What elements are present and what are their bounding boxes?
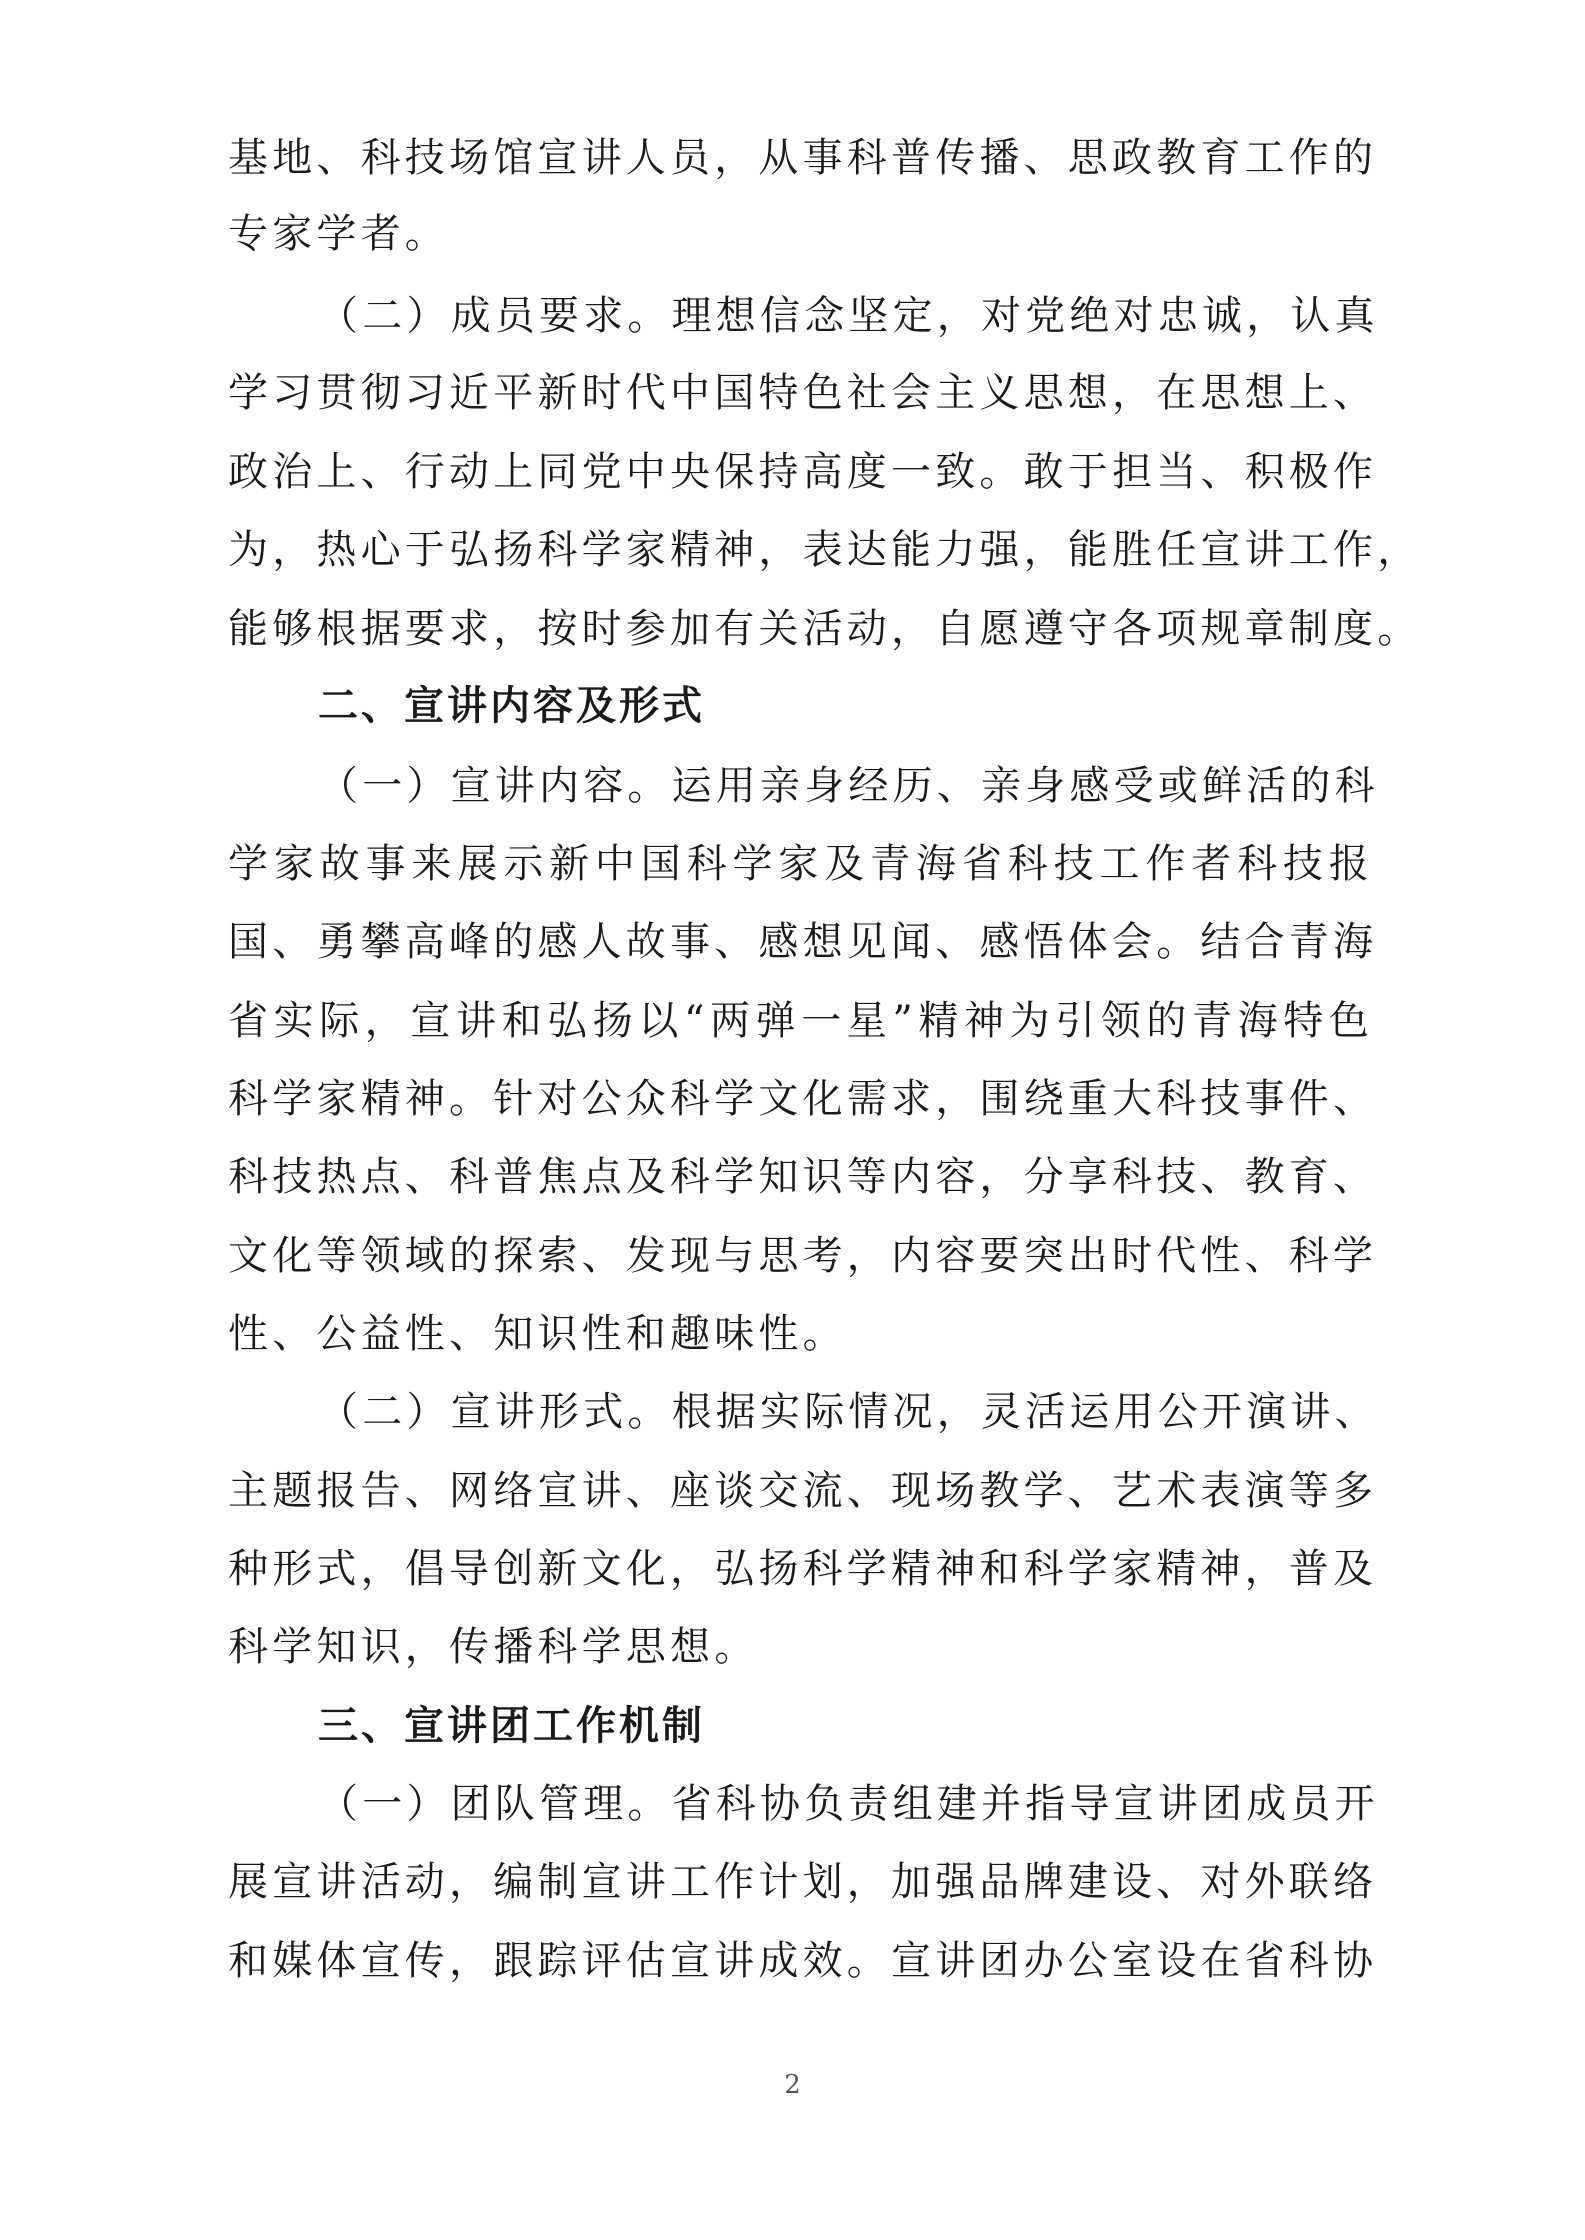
paragraph-line: 种形式，倡导创新文化，弘扬科学精神和科学家精神，普及	[228, 1543, 1373, 1595]
paragraph-line: 政治上、行动上同党中央保持高度一致。敢于担当、积极作	[228, 446, 1373, 498]
paragraph-line: 省实际，宣讲和弘扬以“两弹一星”精神为引领的青海特色	[228, 995, 1373, 1047]
paragraph-line: 学习贯彻习近平新时代中国特色社会主义思想，在思想上、	[228, 367, 1373, 419]
document-page: 基地、科技场馆宣讲人员，从事科普传播、思政教育工作的 专家学者。 （二）成员要求…	[0, 0, 1585, 2240]
paragraph-line: 性、公益性、知识性和趣味性。	[228, 1308, 1373, 1360]
section-heading: 三、宣讲团工作机制	[318, 1700, 705, 1752]
paragraph-line: 国、勇攀高峰的感人故事、感想见闻、感悟体会。结合青海	[228, 916, 1373, 968]
paragraph-line: 学家故事来展示新中国科学家及青海省科技工作者科技报	[228, 838, 1373, 890]
page-number: 2	[0, 2070, 1585, 2100]
paragraph-line: 能够根据要求，按时参加有关活动，自愿遵守各项规章制度。	[228, 603, 1373, 655]
paragraph-line: （二）成员要求。理想信念坚定，对党绝对忠诚，认真	[318, 290, 1373, 342]
paragraph-line: 基地、科技场馆宣讲人员，从事科普传播、思政教育工作的	[228, 132, 1373, 184]
paragraph-line: 科学家精神。针对公众科学文化需求，围绕重大科技事件、	[228, 1073, 1373, 1125]
paragraph-line: 和媒体宣传，跟踪评估宣讲成效。宣讲团办公室设在省科协	[228, 1935, 1373, 1987]
paragraph-line: （一）团队管理。省科协负责组建并指导宣讲团成员开	[318, 1778, 1373, 1830]
paragraph-line: 为，热心于弘扬科学家精神，表达能力强，能胜任宣讲工作，	[228, 524, 1373, 576]
paragraph-line: （一）宣讲内容。运用亲身经历、亲身感受或鲜活的科	[318, 760, 1373, 812]
paragraph-line: 专家学者。	[228, 208, 1373, 260]
paragraph-line: 科技热点、科普焦点及科学知识等内容，分享科技、教育、	[228, 1151, 1373, 1203]
paragraph-line: （二）宣讲形式。根据实际情况，灵活运用公开演讲、	[318, 1386, 1373, 1438]
paragraph-line: 科学知识，传播科学思想。	[228, 1621, 1373, 1673]
paragraph-line: 主题报告、网络宣讲、座谈交流、现场教学、艺术表演等多	[228, 1465, 1373, 1517]
paragraph-line: 展宣讲活动，编制宣讲工作计划，加强品牌建设、对外联络	[228, 1856, 1373, 1908]
section-heading: 二、宣讲内容及形式	[318, 680, 705, 732]
paragraph-line: 文化等领域的探索、发现与思考，内容要突出时代性、科学	[228, 1230, 1373, 1282]
